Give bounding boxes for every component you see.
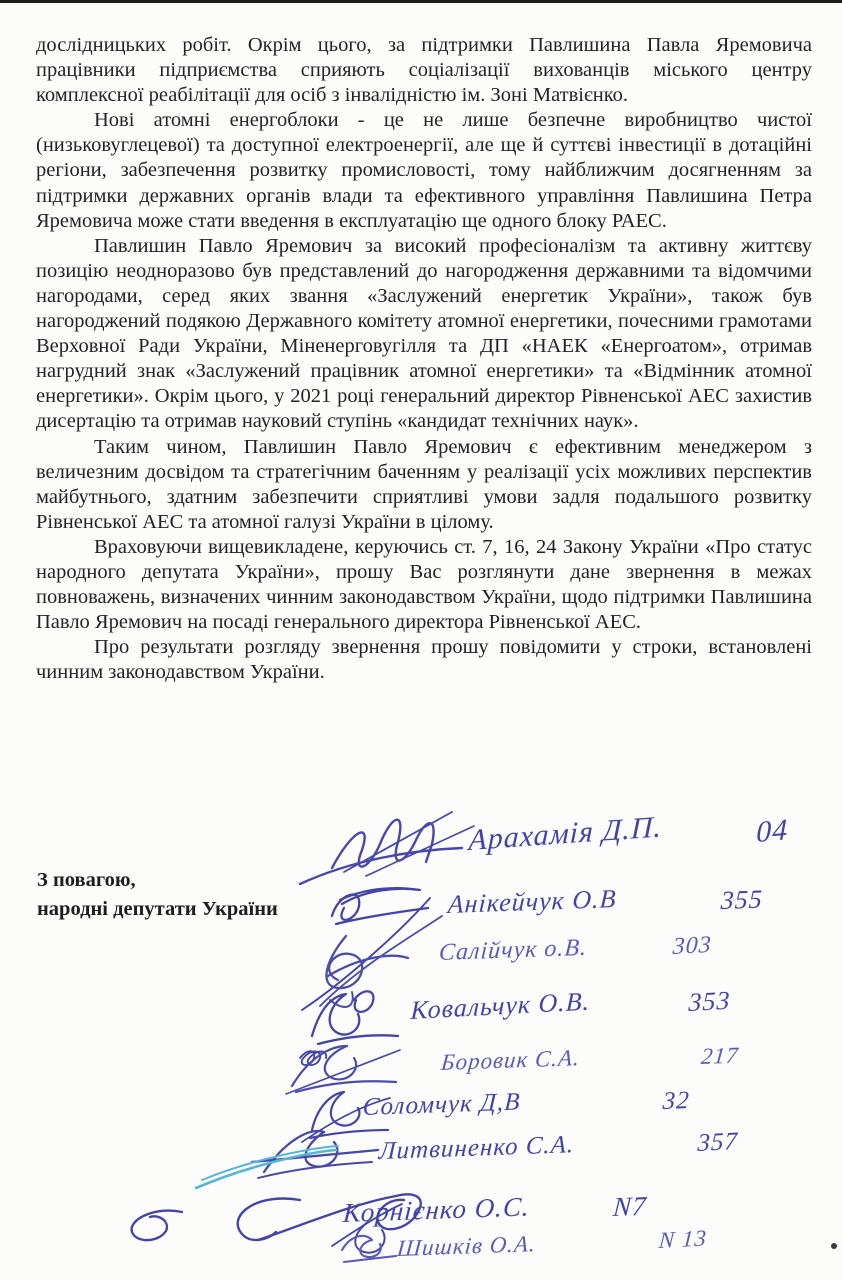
signature-name: Боровик С.А.	[440, 1045, 581, 1076]
signature-flourish	[302, 888, 430, 1010]
paragraph-legal-request: Враховуючи вищевикладене, керуючись ст. …	[36, 535, 812, 635]
signature-flourish	[132, 1194, 421, 1252]
signature-flourish	[300, 991, 398, 1065]
paragraph-new-power-units: Нові атомні енергоблоки - це не лише без…	[36, 108, 812, 233]
signature-number: 32	[662, 1087, 690, 1116]
closing-salutation: З повагою,	[37, 866, 278, 895]
signature-name: Корнієнко О.С.	[342, 1191, 531, 1229]
signature-flourish	[252, 1131, 378, 1178]
signature-name: Анікейчук О.В	[447, 884, 617, 920]
signature-name: Шишків О.А.	[396, 1231, 537, 1262]
closing-block: З повагою, народні депутати України	[37, 866, 278, 924]
signature-number: N 13	[658, 1225, 708, 1254]
paragraph-effective-manager: Таким чином, Павлишин Павло Яремович є е…	[36, 435, 812, 535]
signature-name: Литвиненко С.А.	[378, 1131, 575, 1166]
signature-number: 217	[700, 1043, 740, 1070]
cyan-pen-strokes	[196, 1146, 338, 1188]
signature-flourish	[302, 1092, 390, 1142]
scanned-letter-page: дослідницьких робіт. Окрім цього, за під…	[0, 0, 842, 1280]
signature-number: 355	[720, 884, 764, 916]
letter-body: дослідницьких робіт. Окрім цього, за під…	[36, 33, 812, 685]
paragraph-awards: Павлишин Павло Яремович за високий профе…	[36, 234, 812, 435]
signature-flourish	[320, 916, 442, 1007]
scan-edge-artifact	[0, 0, 842, 3]
signature-name: Ковальчук О.В.	[410, 986, 591, 1026]
signature-number: N7	[612, 1191, 648, 1223]
scan-speck	[831, 1243, 837, 1249]
signature-flourish	[300, 812, 474, 884]
signature-name: Салійчук о.В.	[438, 935, 588, 967]
signature-name: Арахамія Д.П.	[468, 810, 663, 858]
paragraph-research-works: дослідницьких робіт. Окрім цього, за під…	[36, 33, 812, 108]
signature-name: Соломчук Д,В	[362, 1088, 521, 1122]
signature-flourish	[286, 1046, 400, 1094]
signature-number: 04	[756, 813, 788, 850]
signature-number: 357	[697, 1128, 738, 1158]
signature-number: 303	[672, 932, 712, 961]
paragraph-reply-request: Про результати розгляду звернення прошу …	[36, 635, 812, 685]
signature-flourish	[342, 1236, 396, 1262]
signature-number: 353	[688, 986, 731, 1018]
closing-signatories-title: народні депутати України	[37, 895, 278, 924]
